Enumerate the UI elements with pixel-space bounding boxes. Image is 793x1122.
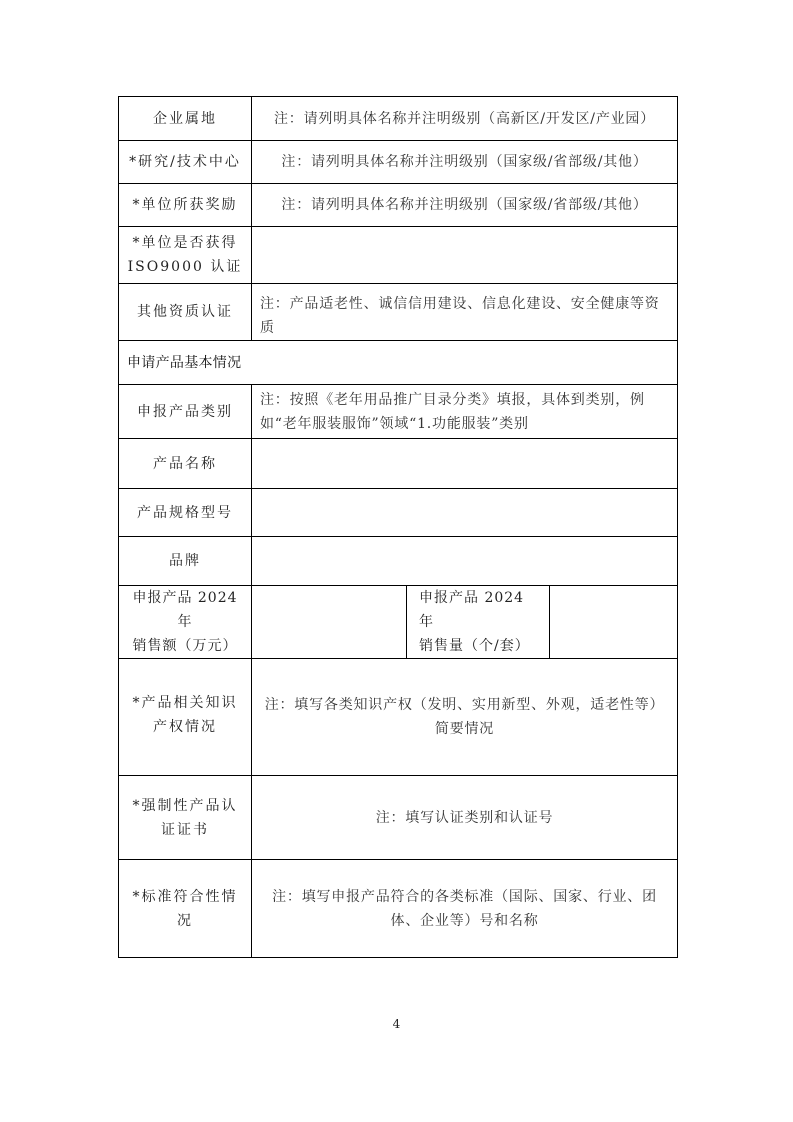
label-mandatory-cert-line2: 证证书 [127,818,243,842]
page-number: 4 [0,1017,793,1031]
row-product-model: 产品规格型号 [119,489,678,537]
field-product-model[interactable] [252,489,678,537]
row-research-center: *研究/技术中心 注：请列明具体名称并注明级别（国家级/省部级/其他） [119,141,678,184]
label-enterprise-location: 企业属地 [119,97,252,141]
label-sales-amount-line2: 销售额（万元） [123,634,247,658]
label-mandatory-cert-line1: *强制性产品认 [127,794,243,818]
label-sales-quantity-line2: 销售量（个/套） [419,634,541,658]
field-enterprise-location[interactable]: 注：请列明具体名称并注明级别（高新区/开发区/产业园） [252,97,678,141]
label-product-category: 申报产品类别 [119,385,252,439]
label-standards-line2: 况 [127,909,243,933]
row-intellectual-property: *产品相关知识 产权情况 注：填写各类知识产权（发明、实用新型、外观，适老性等）… [119,659,678,776]
label-product-model: 产品规格型号 [119,489,252,537]
label-iso9000: *单位是否获得 ISO9000 认证 [119,227,252,284]
label-sales-quantity-line1: 申报产品 2024 年 [419,586,541,634]
field-standards-compliance[interactable]: 注：填写申报产品符合的各类标准（国际、国家、行业、团体、企业等）号和名称 [252,860,678,958]
label-standards-compliance: *标准符合性情 况 [119,860,252,958]
label-ip-line1: *产品相关知识 [127,691,243,715]
label-sales-amount: 申报产品 2024 年 销售额（万元） [119,586,252,659]
field-sales-amount[interactable] [252,586,407,659]
label-mandatory-certification: *强制性产品认 证证书 [119,776,252,860]
label-standards-line1: *标准符合性情 [127,885,243,909]
row-awards: *单位所获奖励 注：请列明具体名称并注明级别（国家级/省部级/其他） [119,184,678,227]
row-iso9000: *单位是否获得 ISO9000 认证 [119,227,678,284]
row-product-name: 产品名称 [119,439,678,489]
field-awards[interactable]: 注：请列明具体名称并注明级别（国家级/省部级/其他） [252,184,678,227]
label-awards: *单位所获奖励 [119,184,252,227]
field-sales-quantity[interactable] [550,586,678,659]
row-section-header: 申请产品基本情况 [119,341,678,385]
field-product-category[interactable]: 注：按照《老年用品推广目录分类》填报，具体到类别，例如“老年服装服饰”领域“1.… [252,385,678,439]
row-product-category: 申报产品类别 注：按照《老年用品推广目录分类》填报，具体到类别，例如“老年服装服… [119,385,678,439]
field-product-name[interactable] [252,439,678,489]
field-research-center[interactable]: 注：请列明具体名称并注明级别（国家级/省部级/其他） [252,141,678,184]
field-other-certifications[interactable]: 注：产品适老性、诚信信用建设、信息化建设、安全健康等资质 [252,284,678,341]
label-iso9000-line2: ISO9000 认证 [127,255,243,279]
label-sales-quantity: 申报产品 2024 年 销售量（个/套） [407,586,550,659]
document-page: 企业属地 注：请列明具体名称并注明级别（高新区/开发区/产业园） *研究/技术中… [0,0,793,1122]
label-ip-line2: 产权情况 [127,715,243,739]
row-brand: 品牌 [119,537,678,586]
field-mandatory-certification[interactable]: 注：填写认证类别和认证号 [252,776,678,860]
row-other-certifications: 其他资质认证 注：产品适老性、诚信信用建设、信息化建设、安全健康等资质 [119,284,678,341]
field-intellectual-property[interactable]: 注：填写各类知识产权（发明、实用新型、外观，适老性等）简要情况 [252,659,678,776]
label-brand: 品牌 [119,537,252,586]
row-mandatory-certification: *强制性产品认 证证书 注：填写认证类别和认证号 [119,776,678,860]
label-sales-amount-line1: 申报产品 2024 年 [123,586,247,634]
row-standards-compliance: *标准符合性情 况 注：填写申报产品符合的各类标准（国际、国家、行业、团体、企业… [119,860,678,958]
row-enterprise-location: 企业属地 注：请列明具体名称并注明级别（高新区/开发区/产业园） [119,97,678,141]
label-other-certifications: 其他资质认证 [119,284,252,341]
label-product-name: 产品名称 [119,439,252,489]
label-research-center: *研究/技术中心 [119,141,252,184]
application-form-table: 企业属地 注：请列明具体名称并注明级别（高新区/开发区/产业园） *研究/技术中… [118,96,678,958]
label-intellectual-property: *产品相关知识 产权情况 [119,659,252,776]
field-brand[interactable] [252,537,678,586]
row-sales: 申报产品 2024 年 销售额（万元） 申报产品 2024 年 销售量（个/套） [119,586,678,659]
section-title: 申请产品基本情况 [119,341,678,385]
field-iso9000[interactable] [252,227,678,284]
label-iso9000-line1: *单位是否获得 [127,231,243,255]
